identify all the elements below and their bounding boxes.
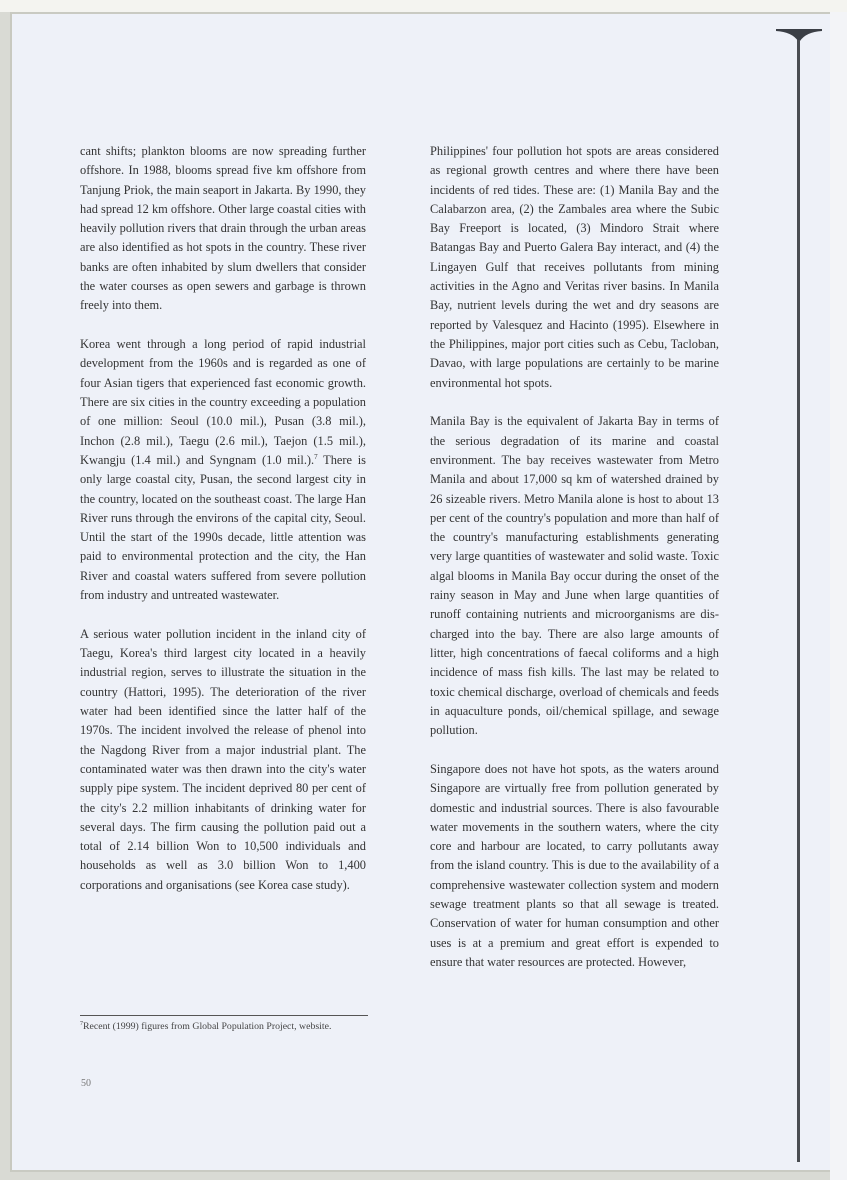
scan-right-margin	[830, 12, 847, 1180]
footnote: 7Recent (1999) figures from Global Popul…	[80, 1018, 380, 1033]
paragraph-philippines: Philippines' four pollution hot spots ar…	[430, 142, 719, 393]
footnote-divider	[80, 1015, 368, 1016]
decorative-vertical-rule	[797, 40, 800, 1162]
paragraph-jakarta: cant shifts; plankton blooms are now spr…	[80, 142, 366, 316]
korea-intro-text: Korea went through a long period of rapi…	[80, 337, 366, 467]
left-column: cant shifts; plankton blooms are now spr…	[80, 142, 366, 914]
paragraph-korea: Korea went through a long period of rapi…	[80, 335, 366, 605]
scan-top-margin	[0, 0, 847, 12]
page-number: 50	[81, 1078, 91, 1089]
paragraph-taegu: A serious water pollution incident in th…	[80, 625, 366, 895]
paragraph-singapore: Singapore does not have hot spots, as th…	[430, 760, 719, 972]
footnote-text: Recent (1999) figures from Global Popula…	[83, 1021, 331, 1032]
korea-continuation-text: There is only large coastal city, Pusan,…	[80, 453, 366, 602]
right-column: Philippines' four pollution hot spots ar…	[430, 142, 719, 992]
paragraph-manila-bay: Manila Bay is the equivalent of Jakarta …	[430, 412, 719, 740]
